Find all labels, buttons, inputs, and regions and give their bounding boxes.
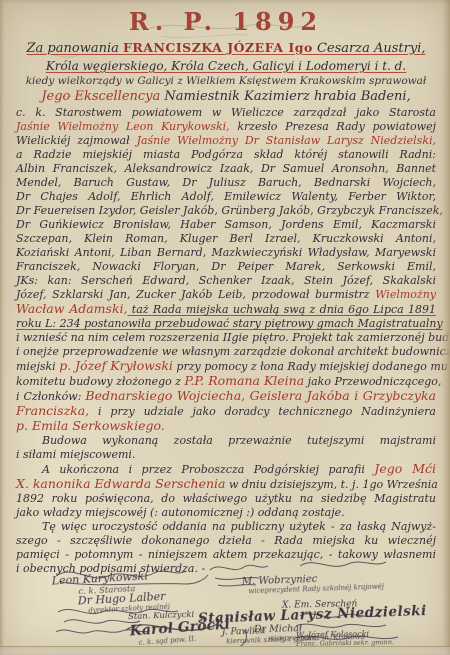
document-line: jako władzy miejscowéj (: autonomicznej … [16,506,436,520]
document-line: Wacław Adamski, taż Rada miejska uchwałą… [16,302,436,317]
text-segment: Cesarza Austryi, [313,41,426,56]
text-segment: Dr Chajes Adolf, Ehrlich Adolf, Emilewic… [16,190,436,203]
text-segment: Franciszek, Nowacki Floryan, Dr Peiper M… [16,260,436,273]
text-segment: kiedy wielkorządy w Galicyi z Wielkiem K… [26,75,427,87]
text-segment: Bednarskiego Wojciecha, Geislera Jakóba … [85,388,436,403]
text-segment: jako Przewodniczącego, [304,375,441,388]
document-line: Mendel, Baruch Gustaw, Dr Juliusz Baruch… [16,176,436,190]
text-segment: Józef, Szklarski Jan, Zucker Jakób Leib,… [16,288,375,301]
document-line: Jego Ekscellencya Namiestnik Kazimierz h… [16,88,436,106]
text-segment: p. Józef Kryłowski [59,358,173,373]
text-segment: i wznieść na nim celem rozszerzenia IIgi… [16,331,450,344]
document-line: 1892 roku poświęcona, do właściwego użyt… [16,492,436,506]
text-segment: Króla węgierskiego, Króla Czech, Galicyi… [46,59,406,73]
document-line: Koziański Antoni, Liban Bernard, Mazkwie… [16,246,436,260]
text-segment: Wacław Adamski, [16,301,128,316]
text-segment: miejski [16,360,59,373]
document-line: i onejże przeprowadzenie we własnym zarz… [16,345,436,359]
document-line: miejski p. Józef Kryłowski przy pomocy z… [16,359,436,374]
document-lines: Za panowania FRANCISZKA JÓZEFA Igo Cesar… [16,39,436,576]
document-line: i wznieść na nim celem rozszerzenia IIgi… [16,331,436,345]
text-segment: jako władzy miejscowéj (: autonomicznej … [16,506,345,519]
document-line: Budowa wykonaną została przeważnie tutej… [16,434,436,448]
document-line: Franciszek, Nowacki Floryan, Dr Peiper M… [16,260,436,274]
text-segment: i przy udziale jako doradcy technicznego… [89,405,436,418]
text-segment: Za panowania [27,41,123,56]
document-line: X. kanonika Edwarda Serschenia w dniu dz… [16,477,436,492]
text-segment: szego - szczęśliwie dokonanego dzieła - … [16,534,436,547]
text-segment: komitetu budowy złożonego z [16,375,185,388]
text-segment: a Radzie miejskiéj miasta Podgórza skład… [16,148,436,161]
document-line: Franciszka, i przy udziale jako doradcy … [16,404,436,419]
text-segment: JKs: kan: Serscheń Edward, Schenker Izaa… [16,274,436,287]
page-edge-bottom [0,646,450,655]
text-segment: Koziański Antoni, Liban Bernard, Mazkwie… [16,246,436,259]
text-segment: taż Rada miejska uchwałą swą z dnia 6go … [128,303,437,316]
document-line: Króla węgierskiego, Króla Czech, Galicyi… [16,58,436,74]
text-segment: Albin Franciszek, Aleksandrowicz Izaak, … [16,162,436,175]
document-line: c. k. Starostwem powiatowem w Wieliczce … [16,106,436,120]
document-line: JKs: kan: Serscheń Edward, Schenker Izaa… [16,274,436,288]
document-line: i siłami miejscowemi. [16,448,436,462]
document-line: komitetu budowy złożonego z P.P. Romana … [16,374,436,389]
document-line: Wielickiéj zajmował Jaśnie Wielmożny Dr … [16,134,436,148]
text-segment: krzesło Prezesa Rady powiatowej [230,120,436,133]
signature: M. Wobrzyniecwiceprezydent Rady szkolnéj… [242,572,384,596]
signatures: Leon Kurykowskic. k. StarostaDr Hugo Lal… [0,560,450,648]
text-segment: X. kanonika Edwarda Serschenia [16,476,225,491]
text-segment: i onejże przeprowadzenie we własnym zarz… [16,345,450,358]
text-segment: FRANCISZKA JÓZEFA Igo [123,40,313,55]
text-segment: Jaśnie Wielmożny Dr Stanisław Larysz Nie… [137,134,436,147]
text-segment: roku L: 234 postanowiła przebudować star… [16,317,443,330]
document-line: szego - szczęśliwie dokonanego dzieła - … [16,534,436,548]
text-segment: p. Emila Serkowskiego. [16,418,165,433]
text-segment: 1892 roku poświęcona, do właściwego użyt… [16,492,436,505]
text-segment: Budowa wykonaną została przeważnie tutej… [42,434,436,447]
document-line: Tę więc uroczystość oddania na publiczny… [16,520,436,534]
document-line: Za panowania FRANCISZKA JÓZEFA Igo Cesar… [16,39,436,58]
text-segment: P.P. Romana Kleina [185,373,305,388]
document-line: i Członków: Bednarskiego Wojciecha, Geis… [16,389,436,404]
document-line: Jaśnie Wielmożny Leon Kurykowski, krzesł… [16,120,436,134]
text-segment: c. k. Starostwem powiatowem w Wieliczce … [16,106,436,119]
text-segment: Dr Feuereisen Izydor, Geisler Jakób, Grü… [16,204,443,217]
text-segment: Namiestnik Kazimierz hrabia Badeni, [164,89,410,104]
text-segment: Dr Guńkiewicz Bronisław, Haber Samson, J… [16,218,436,231]
document-title: R. P. 1892 [16,8,436,36]
document-body: R. P. 1892 Za panowania FRANCISZKA JÓZEF… [0,0,450,576]
document-line: a Radzie miejskiéj miasta Podgórza skład… [16,148,436,162]
document-line: Szczepan, Klein Roman, Kluger Berl Izrae… [16,232,436,246]
text-segment: w dniu dzisiejszym, t. j. 1go Września [225,478,437,491]
text-segment: i siłami miejscowemi. [16,448,135,461]
text-segment: Wielickiéj zajmował [16,134,137,147]
document-line: p. Emila Serkowskiego. [16,419,436,434]
page-edge-left [0,0,4,655]
text-segment: Wielmożny [375,288,436,301]
document-line: Józef, Szklarski Jan, Zucker Jakób Leib,… [16,288,436,302]
text-segment: przy pomocy z łona Rady miejskiej dodane… [173,360,448,373]
document-line: roku L: 234 postanowiła przebudować star… [16,317,436,331]
text-segment: Jaśnie Wielmożny Leon Kurykowski, [16,120,230,133]
document-line: A ukończona i przez Proboszcza Podgórski… [16,462,436,477]
document-line: Dr Guńkiewicz Bronisław, Haber Samson, J… [16,218,436,232]
text-segment: Mendel, Baruch Gustaw, Dr Juliusz Baruch… [16,176,436,189]
document-line: Dr Feuereisen Izydor, Geisler Jakób, Grü… [16,204,436,218]
text-segment: A ukończona i przez Proboszcza Podgórski… [42,463,374,476]
document-line: kiedy wielkorządy w Galicyi z Wielkiem K… [16,74,436,88]
text-segment: i Członków: [16,390,85,403]
text-segment: Tę więc uroczystość oddania na publiczny… [42,520,436,533]
text-segment: Franciszka, [16,403,89,418]
text-segment: Jego Mći [374,461,436,476]
text-segment: Jego Ekscellencya [41,89,164,104]
page-edge-right [441,0,450,655]
document-line: Dr Chajes Adolf, Ehrlich Adolf, Emilewic… [16,190,436,204]
document-line: Albin Franciszek, Aleksandrowicz Izaak, … [16,162,436,176]
document-page: R. P. 1892 Za panowania FRANCISZKA JÓZEF… [0,0,450,655]
text-segment: Szczepan, Klein Roman, Kluger Berl Izrae… [16,232,436,245]
